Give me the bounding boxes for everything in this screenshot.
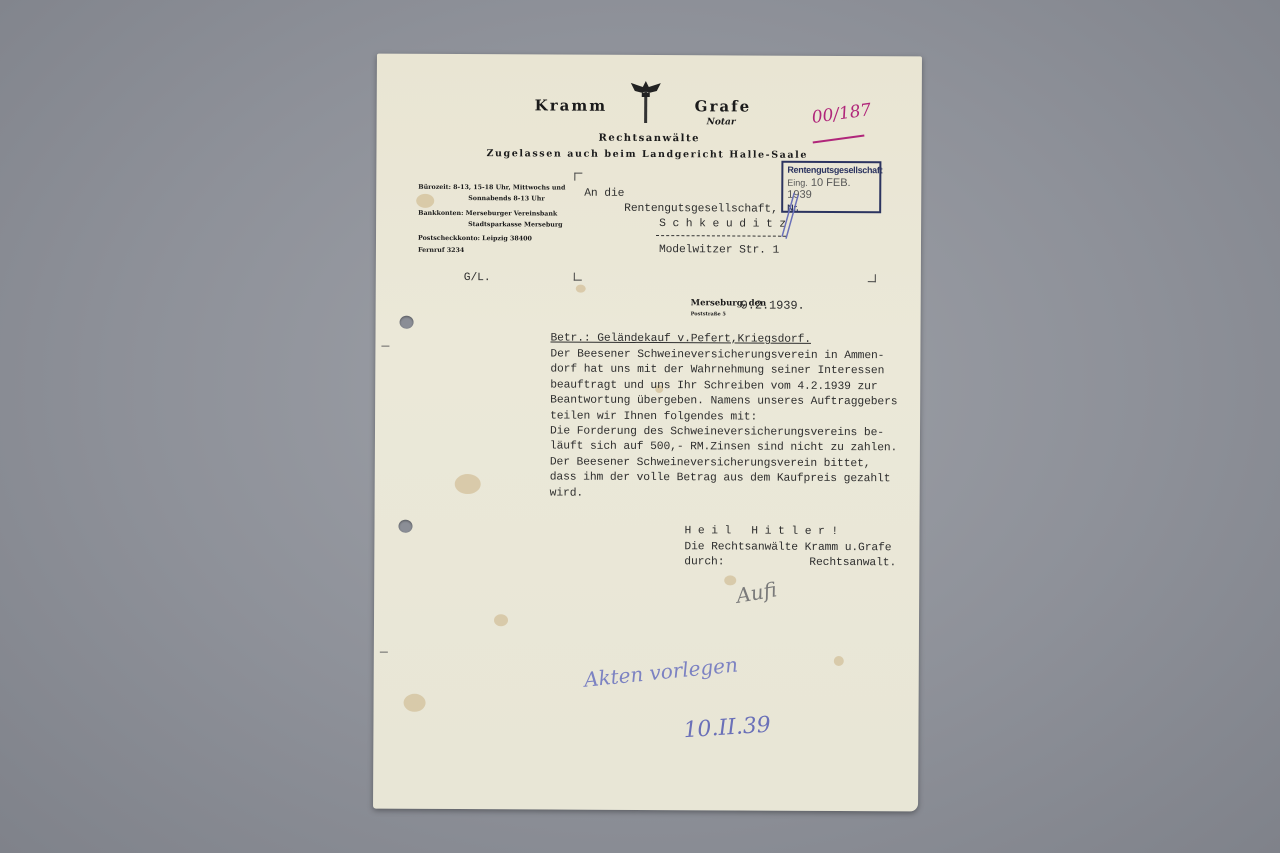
punch-hole xyxy=(398,520,412,533)
foxing-stain xyxy=(455,474,481,494)
handwritten-note: Akten vorlegen xyxy=(583,652,739,691)
phone-number: Fernruf 3234 xyxy=(418,248,464,255)
closing-by: durch: xyxy=(684,556,724,568)
foxing-stain xyxy=(576,285,586,293)
foxing-stain xyxy=(834,656,844,666)
postal-account: Postscheckkonto: Leipzig 38400 xyxy=(418,236,532,243)
body-line: Beantwortung übergeben. Namens unseres A… xyxy=(550,394,897,411)
body-line: läuft sich auf 500,- RM.Zinsen sind nich… xyxy=(550,440,897,457)
profession-label: Rechtsanwälte xyxy=(599,133,700,145)
window-corner xyxy=(868,274,876,282)
foxing-stain xyxy=(416,194,434,208)
body-line: Der Beesener Schweineversicherungsverein… xyxy=(550,347,897,364)
underline-mark xyxy=(813,135,865,144)
fold-mark xyxy=(380,652,388,653)
bank-accounts: Bankkonten: Merseburger Vereinsbank xyxy=(418,211,557,218)
handwritten-file-number: 00/187 xyxy=(811,100,873,128)
underline xyxy=(656,235,786,237)
street-label: Poststraße 5 xyxy=(691,311,726,317)
window-corner xyxy=(574,273,582,281)
punch-hole xyxy=(400,316,414,329)
body-line: dass ihm der volle Betrag aus dem Kaufpr… xyxy=(550,471,897,488)
closing-greeting: H e i l H i t l e r ! xyxy=(684,525,838,538)
foxing-stain xyxy=(494,614,508,626)
handwritten-note-date: 10.II.39 xyxy=(683,713,772,744)
notar-label: Notar xyxy=(707,117,736,127)
letterhead-name-left: Kramm xyxy=(535,96,607,114)
subject-line: Betr.: Geländekauf v.Pefert,Kriegsdorf. xyxy=(550,332,811,345)
body-line: dorf hat uns mit der Wahrnehmung seiner … xyxy=(550,363,897,380)
office-hours-2: Sonnabends 8-13 Uhr xyxy=(468,196,544,203)
signature: Aufi xyxy=(734,577,778,608)
eagle-emblem-icon xyxy=(629,77,663,125)
admission-label: Zugelassen auch beim Landgericht Halle-S… xyxy=(486,148,808,161)
body-line: beauftragt und uns Ihr Schreiben vom 4.2… xyxy=(550,378,897,395)
recipient-line-1: An die xyxy=(584,188,624,200)
body-line: wird. xyxy=(550,486,897,503)
letterhead-name-right: Grafe xyxy=(695,97,752,115)
fold-mark xyxy=(381,346,389,347)
bank-account-2: Stadtsparkasse Merseburg xyxy=(468,222,563,229)
office-hours: Bürozeit: 8-13, 15-18 Uhr, Mittwochs und xyxy=(418,185,565,192)
recipient-line-2: Rentengutsgesellschaft, xyxy=(624,203,778,216)
body-line: Der Beesener Schweineversicherungsverein… xyxy=(550,455,897,472)
closing-firm: Die Rechtsanwälte Kramm u.Grafe xyxy=(684,541,891,554)
foxing-stain xyxy=(404,694,426,712)
recipient-line-3: S c h k e u d i t z xyxy=(659,218,786,231)
closing-title: Rechtsanwalt. xyxy=(809,557,896,569)
body-line: teilen wir Ihnen folgendes mit: xyxy=(550,409,897,426)
letter-document: Kramm Grafe Notar Rechtsanwälte Zugelass… xyxy=(373,54,922,812)
window-corner xyxy=(574,173,582,181)
recipient-line-4: Modelwitzer Str. 1 xyxy=(659,244,779,257)
letter-body: Der Beesener Schweineversicherungsverein… xyxy=(550,347,898,503)
reference-mark: G/L. xyxy=(464,272,491,284)
letter-date: 9.2.1939. xyxy=(741,298,805,312)
pencil-mark xyxy=(776,191,800,241)
body-line: Die Forderung des Schweineversicherungsv… xyxy=(550,425,897,442)
